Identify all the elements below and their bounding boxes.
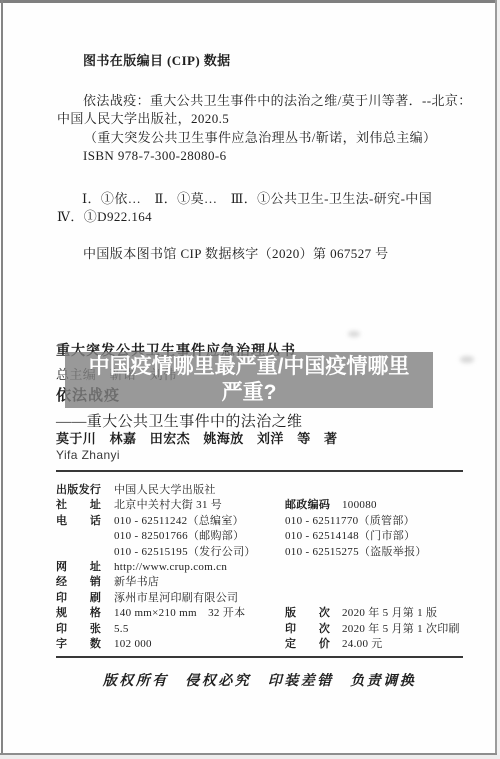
colophon-value: 010 - 82501766（邮购部） <box>114 530 244 542</box>
colophon-value: 102 000 <box>114 638 152 650</box>
colophon-label: 社 址 <box>56 498 114 513</box>
colophon-right-cell: 版 次2020 年 5 月第 1 版 <box>285 606 437 621</box>
colophon-value: 北京中关村大街 31 号 <box>114 499 222 511</box>
colophon-row: 印 张5.5 印 次2020 年 5 月第 1 次印刷 <box>56 622 468 637</box>
colophon-value: 涿州市星河印刷有限公司 <box>114 592 238 604</box>
colophon-right-cell: 邮政编码100080 <box>285 498 377 513</box>
caption-overlay-line2: 严重? <box>65 380 433 406</box>
colophon-right-label: 印 次 <box>285 622 342 637</box>
colophon-right-value: 010 - 62515275（盗版举报） <box>285 546 427 558</box>
colophon-label: 出版发行 <box>56 483 114 498</box>
cip-record-number: 中国版本图书馆 CIP 数据核字（2020）第 067527 号 <box>83 243 389 262</box>
colophon-label: 电 话 <box>56 514 114 529</box>
colophon-row: 规 格140 mm×210 mm 32 开本 版 次2020 年 5 月第 1 … <box>56 606 468 621</box>
colophon-right-value: 24.00 元 <box>342 638 383 650</box>
colophon-value: 140 mm×210 mm 32 开本 <box>114 607 245 619</box>
colophon-label: 经 销 <box>56 575 114 590</box>
colophon-value: 中国人民大学出版社 <box>114 484 216 496</box>
authors-line: 莫于川 林嘉 田宏杰 姚海放 刘洋 等 著 <box>56 428 337 447</box>
copyright-notice: 版权所有 侵权必究 印装差错 负责调换 <box>56 670 463 690</box>
colophon-label: 印 张 <box>56 622 114 637</box>
isbn-line: ISBN 978-7-300-28080-6 <box>83 148 227 164</box>
colophon-right-value: 2020 年 5 月第 1 次印刷 <box>342 623 460 635</box>
colophon-right-cell: 010 - 62511770（质管部） <box>285 514 415 529</box>
colophon-value: 新华书店 <box>114 576 159 588</box>
colophon-row: 010 - 82501766（邮购部） 010 - 62514148（门市部） <box>56 529 468 544</box>
colophon-value: http://www.crup.com.cn <box>114 561 227 573</box>
cip-classification-line2: Ⅳ．①D922.164 <box>57 206 152 225</box>
cip-header: 图书在版编目 (CIP) 数据 <box>83 50 231 69</box>
colophon-row: 印 刷涿州市星河印刷有限公司 <box>56 591 468 606</box>
scan-edge-top <box>0 0 498 3</box>
colophon-label: 规 格 <box>56 606 114 621</box>
cip-series-note: （重大突发公共卫生事件应急治理丛书/靳诺，刘伟总主编） <box>84 127 436 146</box>
colophon-value: 5.5 <box>114 623 129 635</box>
colophon-row: 010 - 62515195（发行公司） 010 - 62515275（盗版举报… <box>56 545 468 560</box>
scan-edge-left <box>1 0 3 755</box>
colophon-row: 字 数102 000 定 价24.00 元 <box>56 637 468 652</box>
colophon-right-label: 邮政编码 <box>285 498 342 513</box>
colophon-row: 电 话010 - 62511242（总编室） 010 - 62511770（质管… <box>56 514 468 529</box>
divider-rule-bottom <box>56 656 463 658</box>
colophon-label: 网 址 <box>56 560 114 575</box>
colophon-table: 出版发行中国人民大学出版社 社 址北京中关村大街 31 号 邮政编码100080… <box>56 483 468 652</box>
colophon-right-value: 010 - 62511770（质管部） <box>285 515 415 527</box>
cip-entry-line1: 依法战疫：重大公共卫生事件中的法治之维/莫于川等著．--北京： <box>83 90 472 109</box>
colophon-row: 出版发行中国人民大学出版社 <box>56 483 468 498</box>
colophon-label: 字 数 <box>56 637 114 652</box>
colophon-right-value: 010 - 62514148（门市部） <box>285 530 415 542</box>
caption-overlay: 中国疫情哪里最严重/中国疫情哪里 严重? <box>65 352 433 408</box>
colophon-label: 印 刷 <box>56 591 114 606</box>
divider-rule-top <box>56 470 463 472</box>
colophon-right-cell: 010 - 62514148（门市部） <box>285 529 415 544</box>
colophon-right-cell: 印 次2020 年 5 月第 1 次印刷 <box>285 622 460 637</box>
scan-smudge <box>348 331 360 337</box>
scan-smudge <box>460 356 474 363</box>
colophon-value: 010 - 62515195（发行公司） <box>114 546 256 558</box>
book-copyright-page: 图书在版编目 (CIP) 数据 依法战疫：重大公共卫生事件中的法治之维/莫于川等… <box>0 0 500 759</box>
colophon-row: 社 址北京中关村大街 31 号 邮政编码100080 <box>56 498 468 513</box>
colophon-value: 010 - 62511242（总编室） <box>114 515 244 527</box>
colophon-row: 经 销新华书店 <box>56 575 468 590</box>
scan-margin-bottom <box>0 755 500 759</box>
cip-entry-line2: 中国人民大学出版社，2020.5 <box>57 108 229 127</box>
colophon-right-value: 100080 <box>342 499 377 511</box>
cip-classification-line1: Ⅰ．①依… Ⅱ．①莫… Ⅲ．①公共卫生-卫生法-研究-中国 <box>82 188 432 207</box>
colophon-right-label: 定 价 <box>285 637 342 652</box>
colophon-right-label: 版 次 <box>285 606 342 621</box>
colophon-row: 网 址http://www.crup.com.cn <box>56 560 468 575</box>
caption-overlay-line1: 中国疫情哪里最严重/中国疫情哪里 <box>65 354 433 380</box>
colophon-right-cell: 010 - 62515275（盗版举报） <box>285 545 427 560</box>
pinyin-title: Yifa Zhanyi <box>56 448 120 462</box>
colophon-right-cell: 定 价24.00 元 <box>285 637 383 652</box>
colophon-right-value: 2020 年 5 月第 1 版 <box>342 607 437 619</box>
